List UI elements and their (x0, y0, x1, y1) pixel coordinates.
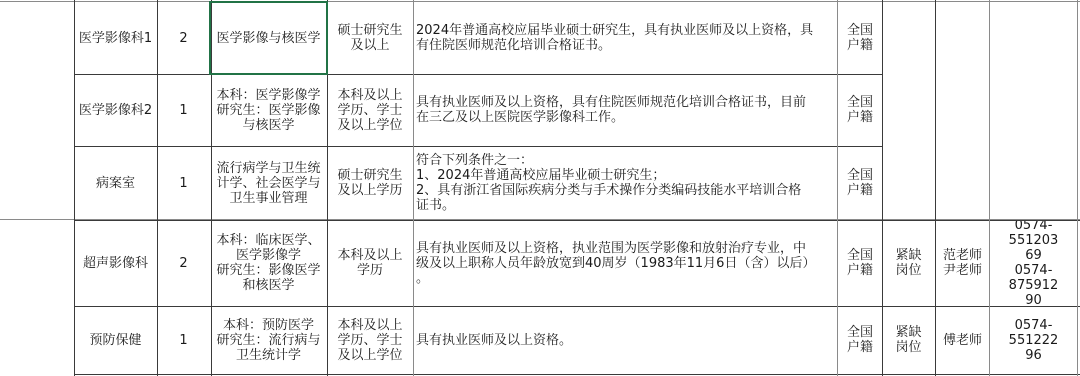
cell-requirements[interactable]: 符合下列条件之一： 1、2024年普通高校应届毕业硕士研究生； 2、具有浙江省国… (413, 146, 838, 220)
cell-household[interactable]: 全国 户籍 (838, 220, 882, 306)
cell-education[interactable]: 硕士研究生 及以上 (327, 2, 413, 74)
cell-post-type[interactable]: 紧缺 岗位 (882, 306, 935, 374)
grid-line (837, 0, 838, 376)
cell-count[interactable]: 1 (157, 306, 210, 374)
cell-count[interactable]: 2 (157, 2, 210, 74)
cell-education[interactable]: 本科及以上 学历 (327, 220, 413, 306)
cell-count[interactable]: 1 (157, 146, 210, 220)
cell-department[interactable]: 超声影像科 (74, 220, 157, 306)
cell-household[interactable]: 全国 户籍 (838, 2, 882, 74)
cell-major[interactable]: 医学影像与核医学 (210, 2, 327, 74)
cell-department[interactable]: 病案室 (74, 146, 157, 220)
cell-major[interactable]: 本科：临床医学、 医学影像学 研究生：影像医学 和核医学 (210, 220, 327, 306)
cell-department[interactable]: 医学影像科2 (74, 74, 157, 146)
cell-count[interactable]: 2 (157, 220, 210, 306)
cell-count[interactable]: 1 (157, 74, 210, 146)
cell-post-type[interactable]: 紧缺 岗位 (882, 220, 935, 306)
cell-requirements[interactable]: 2024年普通高校应届毕业硕士研究生，具有执业医师及以上资格，具 有住院医师规范… (413, 2, 838, 74)
spreadsheet-table: 医学影像科1 2 医学影像与核医学 硕士研究生 及以上 2024年普通高校应届毕… (0, 0, 1080, 376)
cell-department[interactable]: 预防保健 (74, 306, 157, 374)
grid-line (211, 0, 212, 376)
cell-household[interactable]: 全国 户籍 (838, 146, 882, 220)
grid-line (989, 0, 990, 376)
grid-line (327, 0, 328, 376)
cell-contact[interactable]: 傅老师 (935, 306, 990, 374)
grid-line (74, 0, 75, 376)
cell-major[interactable]: 本科：预防医学 研究生：流行病与 卫生统计学 (210, 306, 327, 374)
cell-major[interactable]: 本科：医学影像学 研究生：医学影像 与核医学 (210, 74, 327, 146)
cell-requirements[interactable]: 具有执业医师及以上资格，具有住院医师规范化培训合格证书，目前 在三乙及以上医院医… (413, 74, 838, 146)
cell-phone[interactable]: 0574-551203 69 0574-875912 90 (990, 220, 1077, 306)
cell-education[interactable]: 本科及以上 学历、学士 及以上学位 (327, 74, 413, 146)
cell-household[interactable]: 全国 户籍 (838, 306, 882, 374)
cell-education[interactable]: 硕士研究生 及以上学历 (327, 146, 413, 220)
cell-contact[interactable]: 范老师 尹老师 (935, 220, 990, 306)
grid-line (1077, 0, 1078, 376)
cell-department[interactable]: 医学影像科1 (74, 2, 157, 74)
grid-line (74, 220, 1080, 221)
grid-line (882, 0, 883, 376)
cell-requirements[interactable]: 具有执业医师及以上资格。 (413, 306, 838, 374)
grid-line (0, 1, 1080, 2)
grid-line (74, 74, 882, 75)
grid-line (74, 146, 882, 147)
cell-household[interactable]: 全国 户籍 (838, 74, 882, 146)
cell-major[interactable]: 流行病学与卫生统 计学、社会医学与 卫生事业管理 (210, 146, 327, 220)
grid-line (157, 0, 158, 376)
grid-line (413, 0, 414, 376)
grid-line (74, 306, 1080, 307)
cell-requirements[interactable]: 具有执业医师及以上资格，执业范围为医学影像和放射治疗专业，中 级及以上职称人员年… (413, 220, 838, 306)
grid-line (74, 374, 1080, 375)
cell-phone[interactable]: 0574-551222 96 (990, 306, 1077, 374)
cell-education[interactable]: 本科及以上 学历、学士 及以上学位 (327, 306, 413, 374)
grid-line (935, 0, 936, 376)
